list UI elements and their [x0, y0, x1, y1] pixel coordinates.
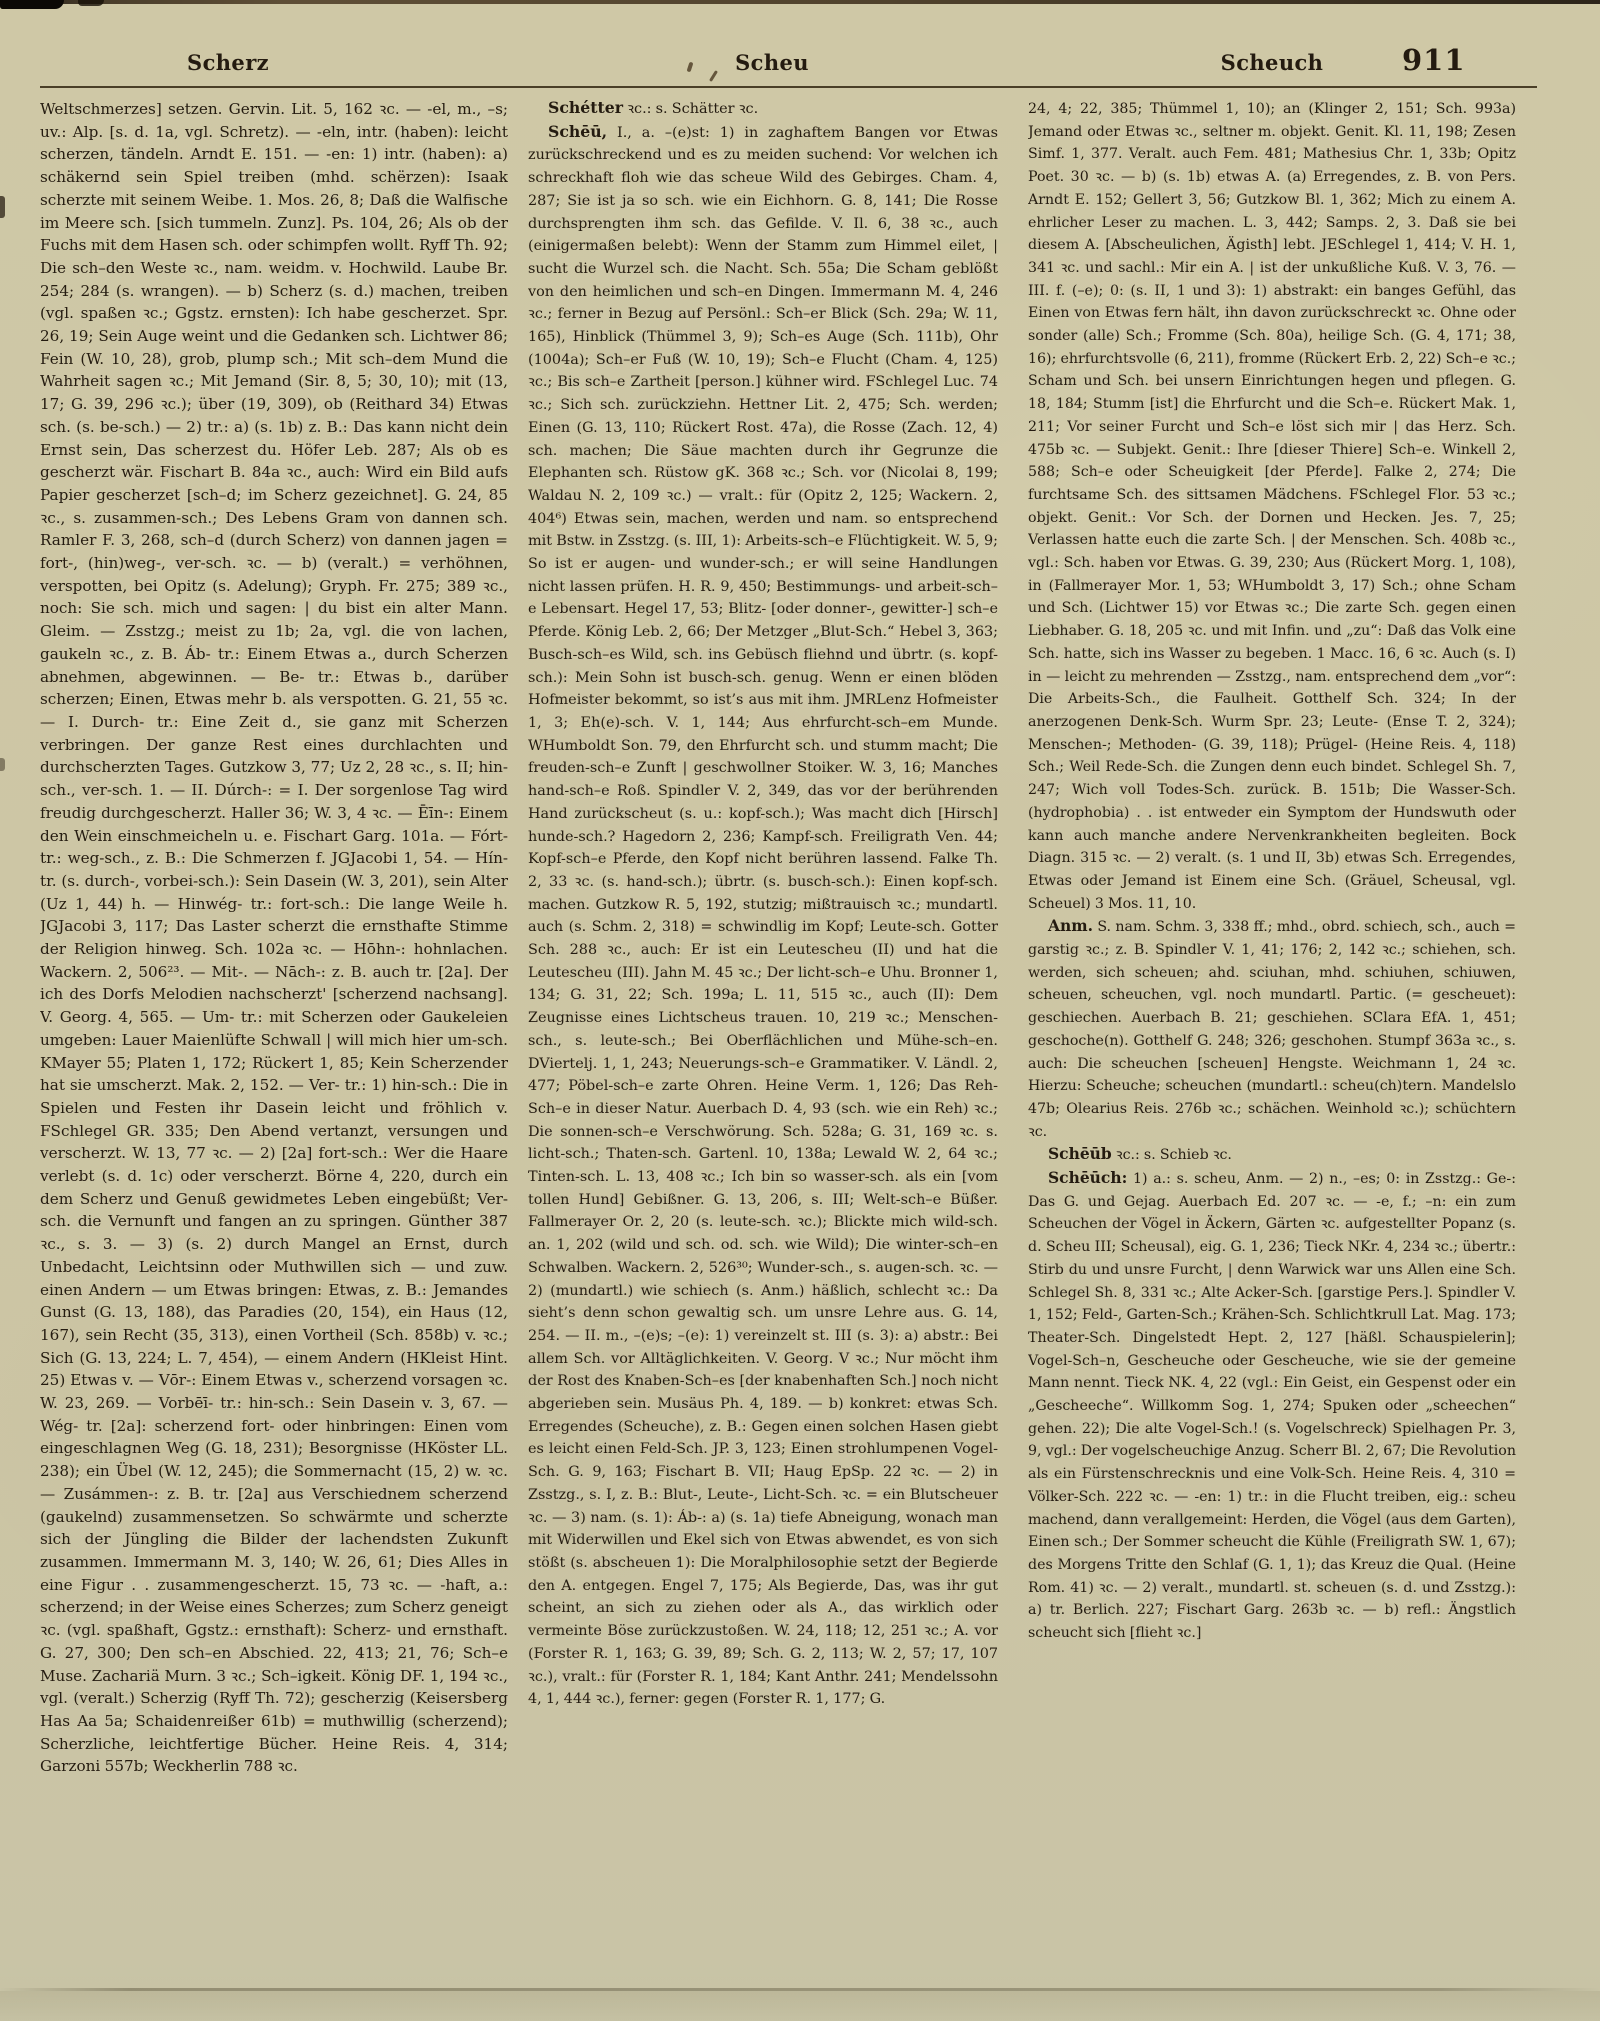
- paragraph-text: 24, 4; 22, 385; Thümmel 1, 10); an (Klin…: [1028, 101, 1516, 912]
- entry-paragraph: Schétter ꝛc.: s. Schätter ꝛc.: [528, 97, 998, 121]
- entry-paragraph: Schēūch: 1) a.: s. scheu, Anm. — 2) n., …: [1028, 1167, 1516, 1645]
- page-number: 911: [1402, 43, 1466, 77]
- headword: Anm.: [1048, 916, 1093, 935]
- scan-corner-blob-small: [78, 0, 104, 6]
- entry-paragraph: Weltschmerzes] setzen. Gervin. Lit. 5, 1…: [40, 97, 508, 1778]
- entry-paragraph: Schēū, I., a. –(e)st: 1) in zaghaftem Ba…: [528, 121, 998, 1711]
- headword: Schēūb: [1048, 1144, 1112, 1163]
- scan-edge-top: [0, 0, 1600, 4]
- text-column-right: 24, 4; 22, 385; Thümmel 1, 10); an (Klin…: [1028, 97, 1516, 1885]
- running-head-left: Scherz: [187, 50, 269, 75]
- paragraph-text: S. nam. Schm. 3, 338 ff.; mhd., obrd. sc…: [1028, 919, 1516, 1139]
- page-bottom-band: [0, 1991, 1600, 2021]
- entry-paragraph: Schēūb ꝛc.: s. Schieb ꝛc.: [1028, 1143, 1516, 1167]
- text-column-left: Weltschmerzes] setzen. Gervin. Lit. 5, 1…: [40, 97, 508, 1885]
- ink-speck: [687, 62, 694, 73]
- running-head-center: Scheu: [735, 50, 809, 75]
- scan-corner-blob: [0, 0, 64, 9]
- headword: Schétter: [548, 98, 623, 117]
- paragraph-text: 1) a.: s. scheu, Anm. — 2) n., –es; 0: i…: [1028, 1171, 1516, 1641]
- ink-speck: [709, 70, 718, 82]
- paragraph-text: Weltschmerzes] setzen. Gervin. Lit. 5, 1…: [40, 100, 508, 1775]
- entry-paragraph: Anm. S. nam. Schm. 3, 338 ff.; mhd., obr…: [1028, 915, 1516, 1143]
- entry-paragraph: 24, 4; 22, 385; Thümmel 1, 10); an (Klin…: [1028, 97, 1516, 915]
- scan-edge-mark: [0, 758, 5, 771]
- paragraph-text: ꝛc.: s. Schieb ꝛc.: [1112, 1147, 1232, 1163]
- text-column-center: Schétter ꝛc.: s. Schätter ꝛc. Schēū, I.,…: [528, 97, 998, 1885]
- headword: Schēūch:: [1048, 1168, 1127, 1187]
- paragraph-text: ꝛc.: s. Schätter ꝛc.: [623, 101, 758, 117]
- paragraph-text: I., a. –(e)st: 1) in zaghaftem Bangen vo…: [528, 125, 998, 1708]
- running-head-right: Scheuch: [1221, 50, 1324, 75]
- header-rule: [40, 86, 1537, 88]
- headword: Schēū,: [548, 122, 607, 141]
- scan-edge-mark: [0, 196, 5, 218]
